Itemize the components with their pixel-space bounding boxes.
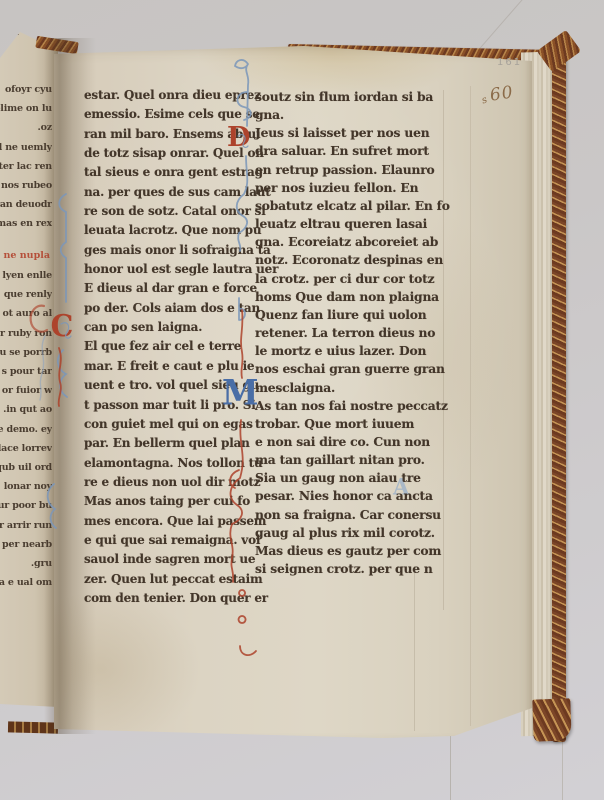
text-line: pesar. Nies honor ca ancta	[255, 487, 460, 505]
text-line: Mas dieus es gautz per com	[255, 542, 460, 560]
text-line: Sia un gaug non aiau tre	[255, 469, 460, 487]
text-line: dra saluar. En sufret mort	[255, 142, 460, 160]
text-line: sobatutz elcatz al pilar. En fo	[255, 197, 460, 215]
text-line-fragment: or arrir run	[0, 516, 52, 535]
text-line: As tan nos fai nostre peccatz	[255, 397, 460, 415]
text-line-fragment: lyen enlle	[0, 266, 52, 285]
text-line: zer. Quen lut peccat estaim	[84, 570, 240, 589]
text-line-fragment: ylace lorrev	[0, 439, 52, 458]
text-line: leuatz eltrau queren lasai	[255, 215, 460, 233]
text-line-fragment: gru.	[0, 554, 52, 573]
facing-text-fragments-lower: lyen enlleque renlyot auro alur ruby ron…	[0, 266, 52, 592]
text-line: mar. E freit e caut e plu ie	[84, 357, 240, 376]
text-line: gaug al plus rix mil corotz.	[255, 524, 460, 542]
text-line-fragment: ofoyr cyu	[0, 80, 52, 99]
text-line: Quenz fan liure qui uolon	[255, 306, 460, 324]
text-line: Mas anos taing per cui fo	[84, 492, 240, 511]
text-line: t passon mar tuit li pro. Si	[84, 396, 240, 415]
text-line-fragment: que renly	[0, 285, 52, 304]
text-line-fragment: ur ruby ron	[0, 324, 52, 343]
pencil-folio-number: 161	[497, 57, 522, 68]
text-line: la crotz. per ci dur cor totz	[255, 270, 460, 288]
photo-backdrop: x ofoyr cyuplime on luoz.d ne uemlyfter …	[0, 0, 604, 800]
decorated-initial-m: M	[222, 375, 257, 410]
text-line: estar. Quel onra dieu eprez	[84, 86, 240, 105]
text-line: El que fez air cel e terre	[84, 337, 240, 356]
hanging-thread	[562, 736, 563, 800]
text-line-fragment: nos rubeo	[0, 176, 52, 195]
text-line: gna.	[255, 106, 460, 124]
text-line: uent e tro. vol quel sieu gu	[84, 376, 240, 395]
binding-corner-bottom-right	[532, 698, 571, 741]
text-line-fragment: s pour tar	[0, 362, 52, 381]
text-column-right: soutz sin flum iordan si bagna.Jeus si l…	[255, 88, 460, 578]
text-line: homs Que dam non plaigna	[255, 288, 460, 306]
binding-right-edge	[552, 50, 566, 742]
text-line-fragment: ot auro al	[0, 304, 52, 323]
text-line-fragment: qub uil ord	[0, 458, 52, 477]
text-line-fragment: ur poor bu	[0, 496, 52, 515]
text-line-fragment: lonar noy	[0, 477, 52, 496]
text-line: retener. La terron dieus no	[255, 324, 460, 342]
facing-rubric-fragment: ne nupla	[0, 246, 50, 265]
text-line: soutz sin flum iordan si ba	[255, 88, 460, 106]
text-line: e qui que sai remaigna. vol	[84, 531, 240, 550]
text-line: en retrup passion. Elaunro	[255, 161, 460, 179]
pen-corner-mark: x	[14, 28, 19, 38]
text-line-fragment: a e ual om	[0, 573, 52, 592]
text-line: gna. Ecoreiatz abcoreiet ab	[255, 233, 460, 251]
text-line-fragment: oz.	[0, 118, 52, 137]
decorated-initial-c: C	[51, 312, 74, 342]
text-line: non sa fraigna. Car conersu	[255, 506, 460, 524]
text-line: nos eschai gran guerre gran	[255, 360, 460, 378]
text-line-fragment: f su se porrb	[0, 343, 52, 362]
text-line: de totz sisap onrar. Quel on	[84, 144, 240, 163]
text-line: emessio. Esime cels que se	[84, 105, 240, 124]
text-line: tal sieus e onra gent estrag	[84, 163, 240, 182]
text-line: ran mil baro. Ensems ablui	[84, 125, 240, 144]
text-line: honor uol est segle lautra uer	[84, 260, 240, 279]
text-line: trobar. Que mort iuuem	[255, 415, 460, 433]
text-line: po der. Cols aiam dos e tan	[84, 299, 240, 318]
text-line: per nos iuzieu fellon. En	[255, 179, 460, 197]
text-line-fragment: plime on lu	[0, 99, 52, 118]
text-line: par. En bellerm quel plan	[84, 434, 240, 453]
text-line-fragment: r mas en rex	[0, 214, 52, 233]
text-line: Jeus si laisset per nos uen	[255, 124, 460, 142]
text-line: si seignen crotz. per que n	[255, 560, 460, 578]
text-line-fragment: le demo. ey	[0, 420, 52, 439]
text-line-fragment: per nearb	[0, 535, 52, 554]
facing-text-fragments-upper: ofoyr cyuplime on luoz.d ne uemlyfter la…	[0, 80, 52, 234]
text-line-fragment: or fuior w	[0, 381, 52, 400]
text-line: ges mais onor li sofraigna ta	[84, 241, 240, 260]
text-line: ma tan gaillart nitan pro.	[255, 451, 460, 469]
text-line: le mortz e uius lazer. Don	[255, 342, 460, 360]
text-line-fragment: in qut ao.	[0, 400, 52, 419]
hanging-thread	[450, 732, 451, 800]
text-line: notz. Ecoronatz despinas en	[255, 251, 460, 269]
text-line: can po sen laigna.	[84, 318, 240, 337]
text-line: com den tenier. Don quer er	[84, 589, 240, 608]
text-line-fragment: gran deuodr	[0, 195, 52, 214]
text-line: re e dieus non uol dir motz	[84, 473, 240, 492]
text-line: mes encora. Que lai passem	[84, 512, 240, 531]
text-line: sauol inde sagren mort ue	[84, 550, 240, 569]
text-line: leuata lacrotz. Que nom pu	[84, 221, 240, 240]
text-line: re son de sotz. Catal onor si	[84, 202, 240, 221]
parchment-crease	[470, 86, 471, 726]
text-line: con guiet mel qui on egas	[84, 415, 240, 434]
text-line: na. per ques de sus cam laut	[84, 183, 240, 202]
text-column-left: estar. Quel onra dieu eprezemessio. Esim…	[84, 86, 240, 608]
decorated-initial-d: D	[227, 124, 250, 151]
binding-bottom-left-sliver	[8, 721, 58, 733]
text-line: E dieus al dar gran e force	[84, 279, 240, 298]
text-line: mesclaigna.	[255, 379, 460, 397]
facing-page-edge: x ofoyr cyuplime on luoz.d ne uemlyfter …	[0, 28, 58, 736]
text-line-fragment: fter lac ren	[0, 157, 52, 176]
ink-folio-number: 60	[489, 82, 515, 105]
parchment-crease	[414, 566, 415, 731]
text-line-fragment: d ne uemly	[0, 138, 52, 157]
text-line: e non sai dire co. Cun non	[255, 433, 460, 451]
text-line: elamontagna. Nos tollon tu	[84, 454, 240, 473]
